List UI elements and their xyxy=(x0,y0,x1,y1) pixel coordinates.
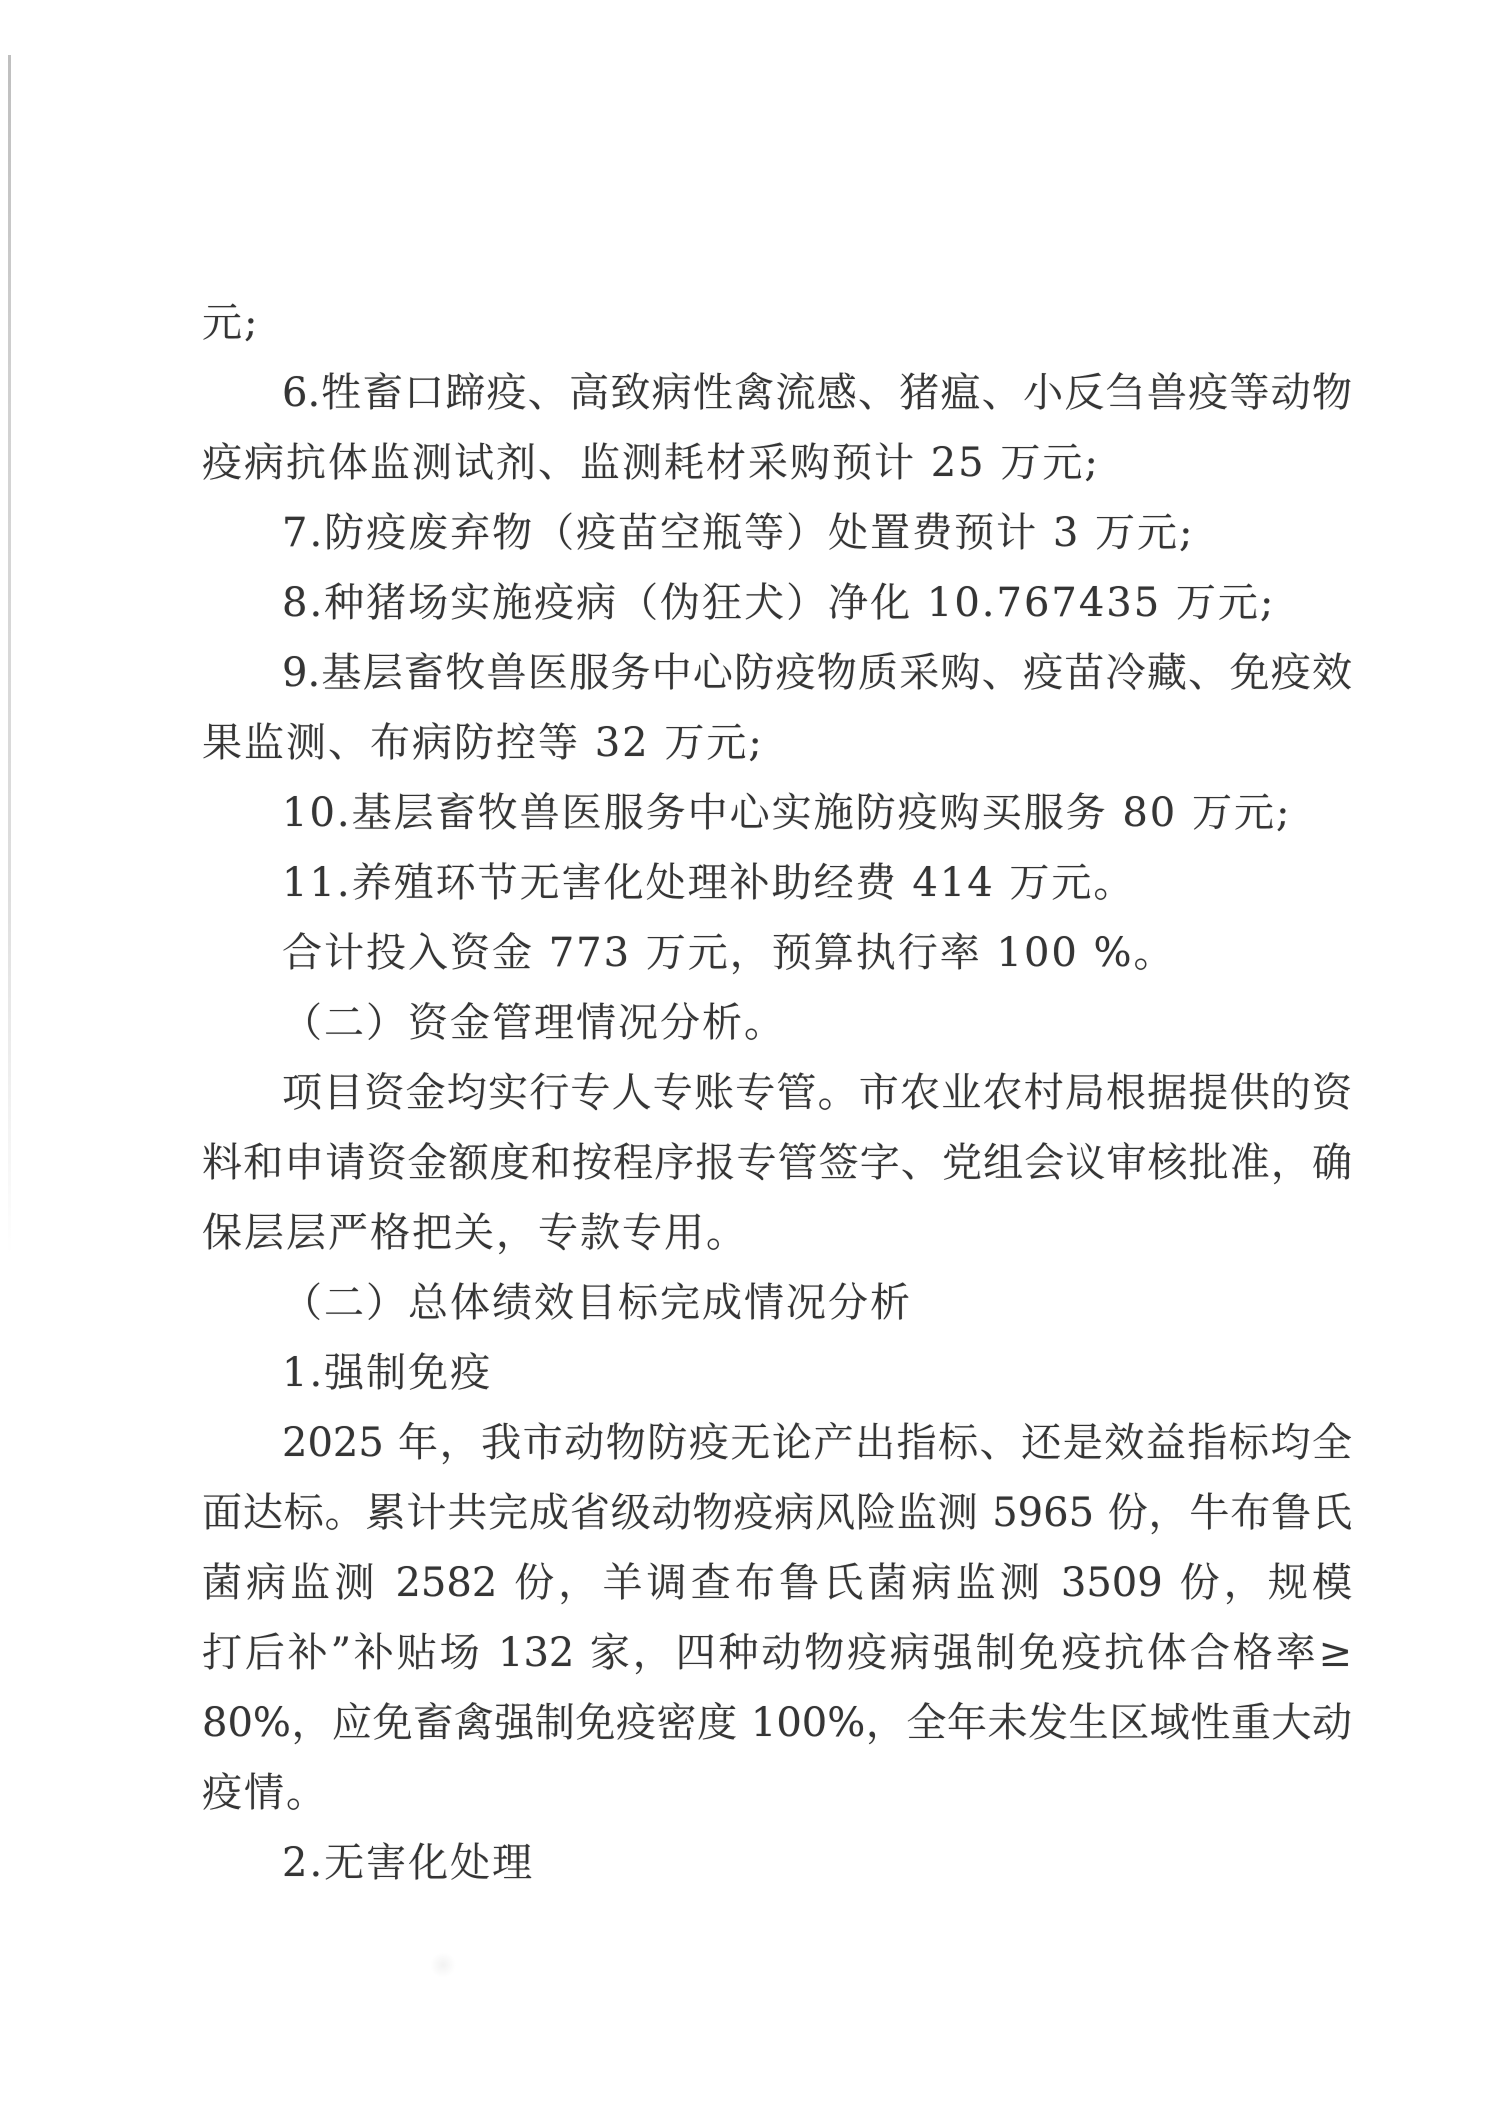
text-line: 10.基层畜牧兽医服务中心实施防疫购买服务 80 万元; xyxy=(202,778,1352,848)
scan-edge-shadow xyxy=(8,55,11,1255)
text-line: 11.养殖环节无害化处理补助经费 414 万元。 xyxy=(202,848,1352,918)
text-line: 9.基层畜牧兽医服务中心防疫物质采购、疫苗冷藏、免疫效 xyxy=(202,638,1352,708)
text-line: 2.无害化处理 xyxy=(202,1828,1352,1898)
text-line: 项目资金均实行专人专账专管。市农业农村局根据提供的资 xyxy=(202,1058,1352,1128)
text-line: 菌病监测 2582 份，羊调查布鲁氏菌病监测 3509 份，规模场“先 xyxy=(202,1548,1352,1618)
document-body: 元;6.牲畜口蹄疫、高致病性禽流感、猪瘟、小反刍兽疫等动物疫病抗体监测试剂、监测… xyxy=(202,288,1352,1898)
text-line: 果监测、布病防控等 32 万元; xyxy=(202,708,1352,778)
text-line: 合计投入资金 773 万元，预算执行率 100 %。 xyxy=(202,918,1352,988)
text-line: 元; xyxy=(202,288,1352,358)
text-line: 疫情。 xyxy=(202,1758,1352,1828)
text-line: 料和申请资金额度和按程序报专管签字、党组会议审核批准，确 xyxy=(202,1128,1352,1198)
scan-smudge xyxy=(430,1952,456,1978)
text-line: 8.种猪场实施疫病（伪狂犬）净化 10.767435 万元; xyxy=(202,568,1352,638)
text-line: 7.防疫废弃物（疫苗空瓶等）处置费预计 3 万元; xyxy=(202,498,1352,568)
text-line: 打后补”补贴场 132 家，四种动物疫病强制免疫抗体合格率≥ xyxy=(202,1618,1352,1688)
text-line: 面达标。累计共完成省级动物疫病风险监测 5965 份，牛布鲁氏 xyxy=(202,1478,1352,1548)
text-line: 1.强制免疫 xyxy=(202,1338,1352,1408)
text-line: 6.牲畜口蹄疫、高致病性禽流感、猪瘟、小反刍兽疫等动物 xyxy=(202,358,1352,428)
text-line: （二）资金管理情况分析。 xyxy=(202,988,1352,1058)
text-line: 2025 年，我市动物防疫无论产出指标、还是效益指标均全 xyxy=(202,1408,1352,1478)
document-page: 元;6.牲畜口蹄疫、高致病性禽流感、猪瘟、小反刍兽疫等动物疫病抗体监测试剂、监测… xyxy=(0,0,1488,2103)
text-line: 保层层严格把关，专款专用。 xyxy=(202,1198,1352,1268)
text-line: 80%，应免畜禽强制免疫密度 100%，全年未发生区域性重大动物 xyxy=(202,1688,1352,1758)
text-line: 疫病抗体监测试剂、监测耗材采购预计 25 万元; xyxy=(202,428,1352,498)
text-line: （二）总体绩效目标完成情况分析 xyxy=(202,1268,1352,1338)
